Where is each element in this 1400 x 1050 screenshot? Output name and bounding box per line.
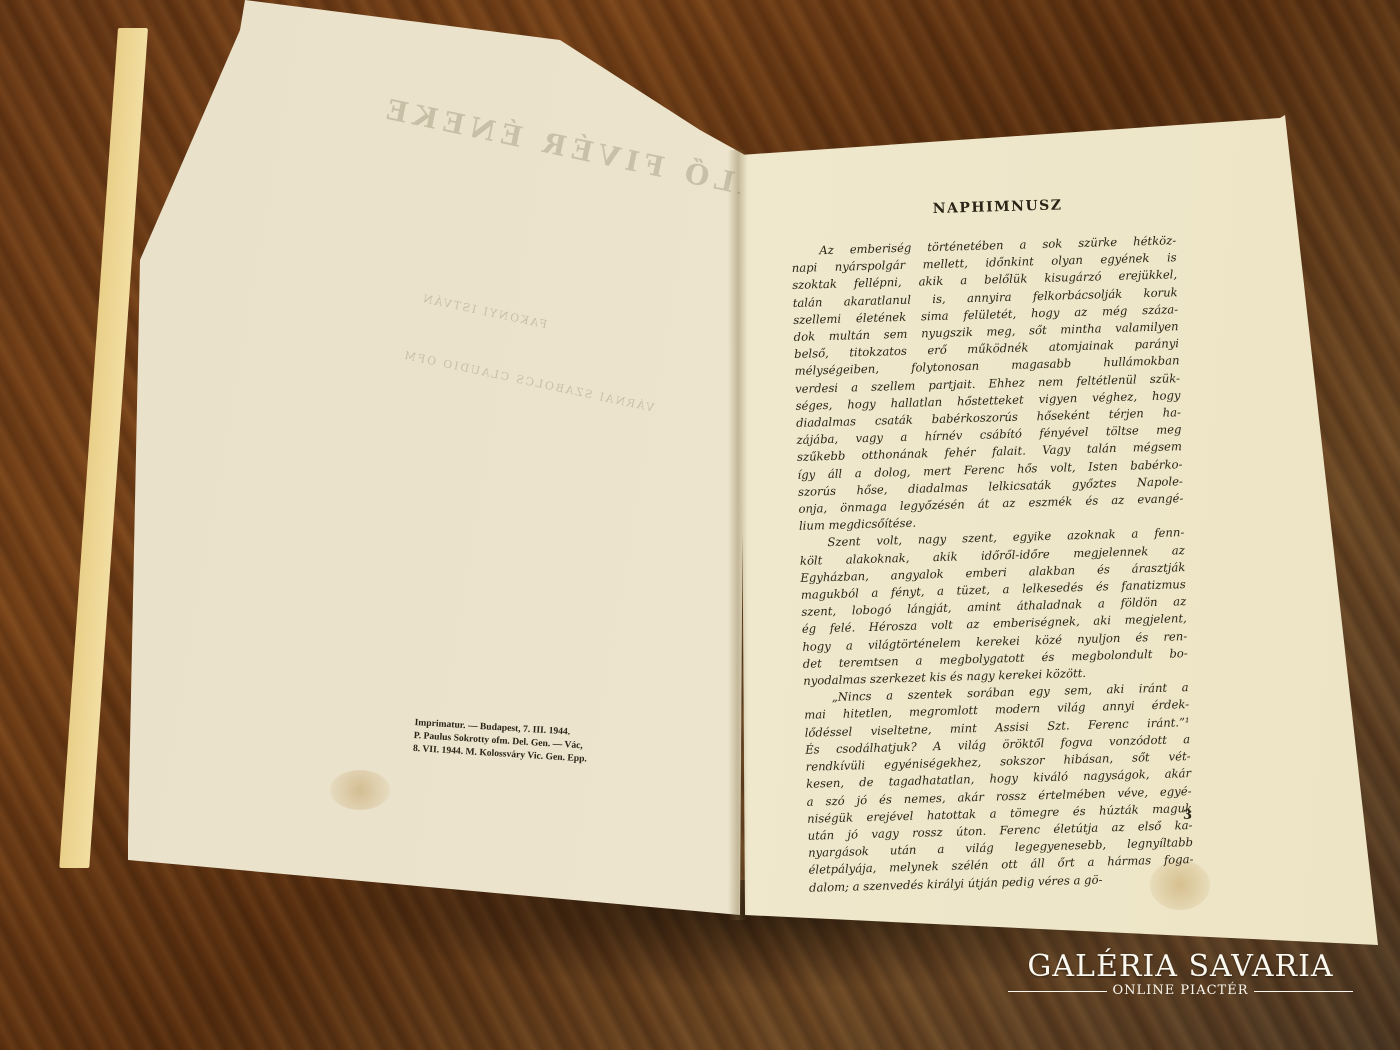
paragraph-3: „Nincs a szentek sorában egy sem, aki ir… <box>804 679 1195 896</box>
bleed-through-line: VÁRNAI SZABOLCS CLAUDIO OFM <box>401 348 655 414</box>
watermark-title: GALÉRIA SAVARIA <box>1008 950 1353 984</box>
book-spine-gutter <box>728 150 748 920</box>
bleed-through-line: FAKONYI ISTVÁN <box>420 292 548 331</box>
page-text-block: NAPHIMNUSZ Az emberiség történetében a s… <box>790 194 1194 896</box>
watermark-logo: GALÉRIA SAVARIA ONLINE PIACTÉR <box>1008 950 1353 998</box>
paragraph-1: Az emberiség történetében a sok szürke h… <box>791 232 1184 535</box>
watermark-subtitle: ONLINE PIACTÉR <box>1008 984 1353 998</box>
paragraph-2: Szent volt, nagy szent, egyike azoknak a… <box>799 525 1188 691</box>
stain <box>330 770 390 810</box>
page-number: 3 <box>1183 808 1192 823</box>
